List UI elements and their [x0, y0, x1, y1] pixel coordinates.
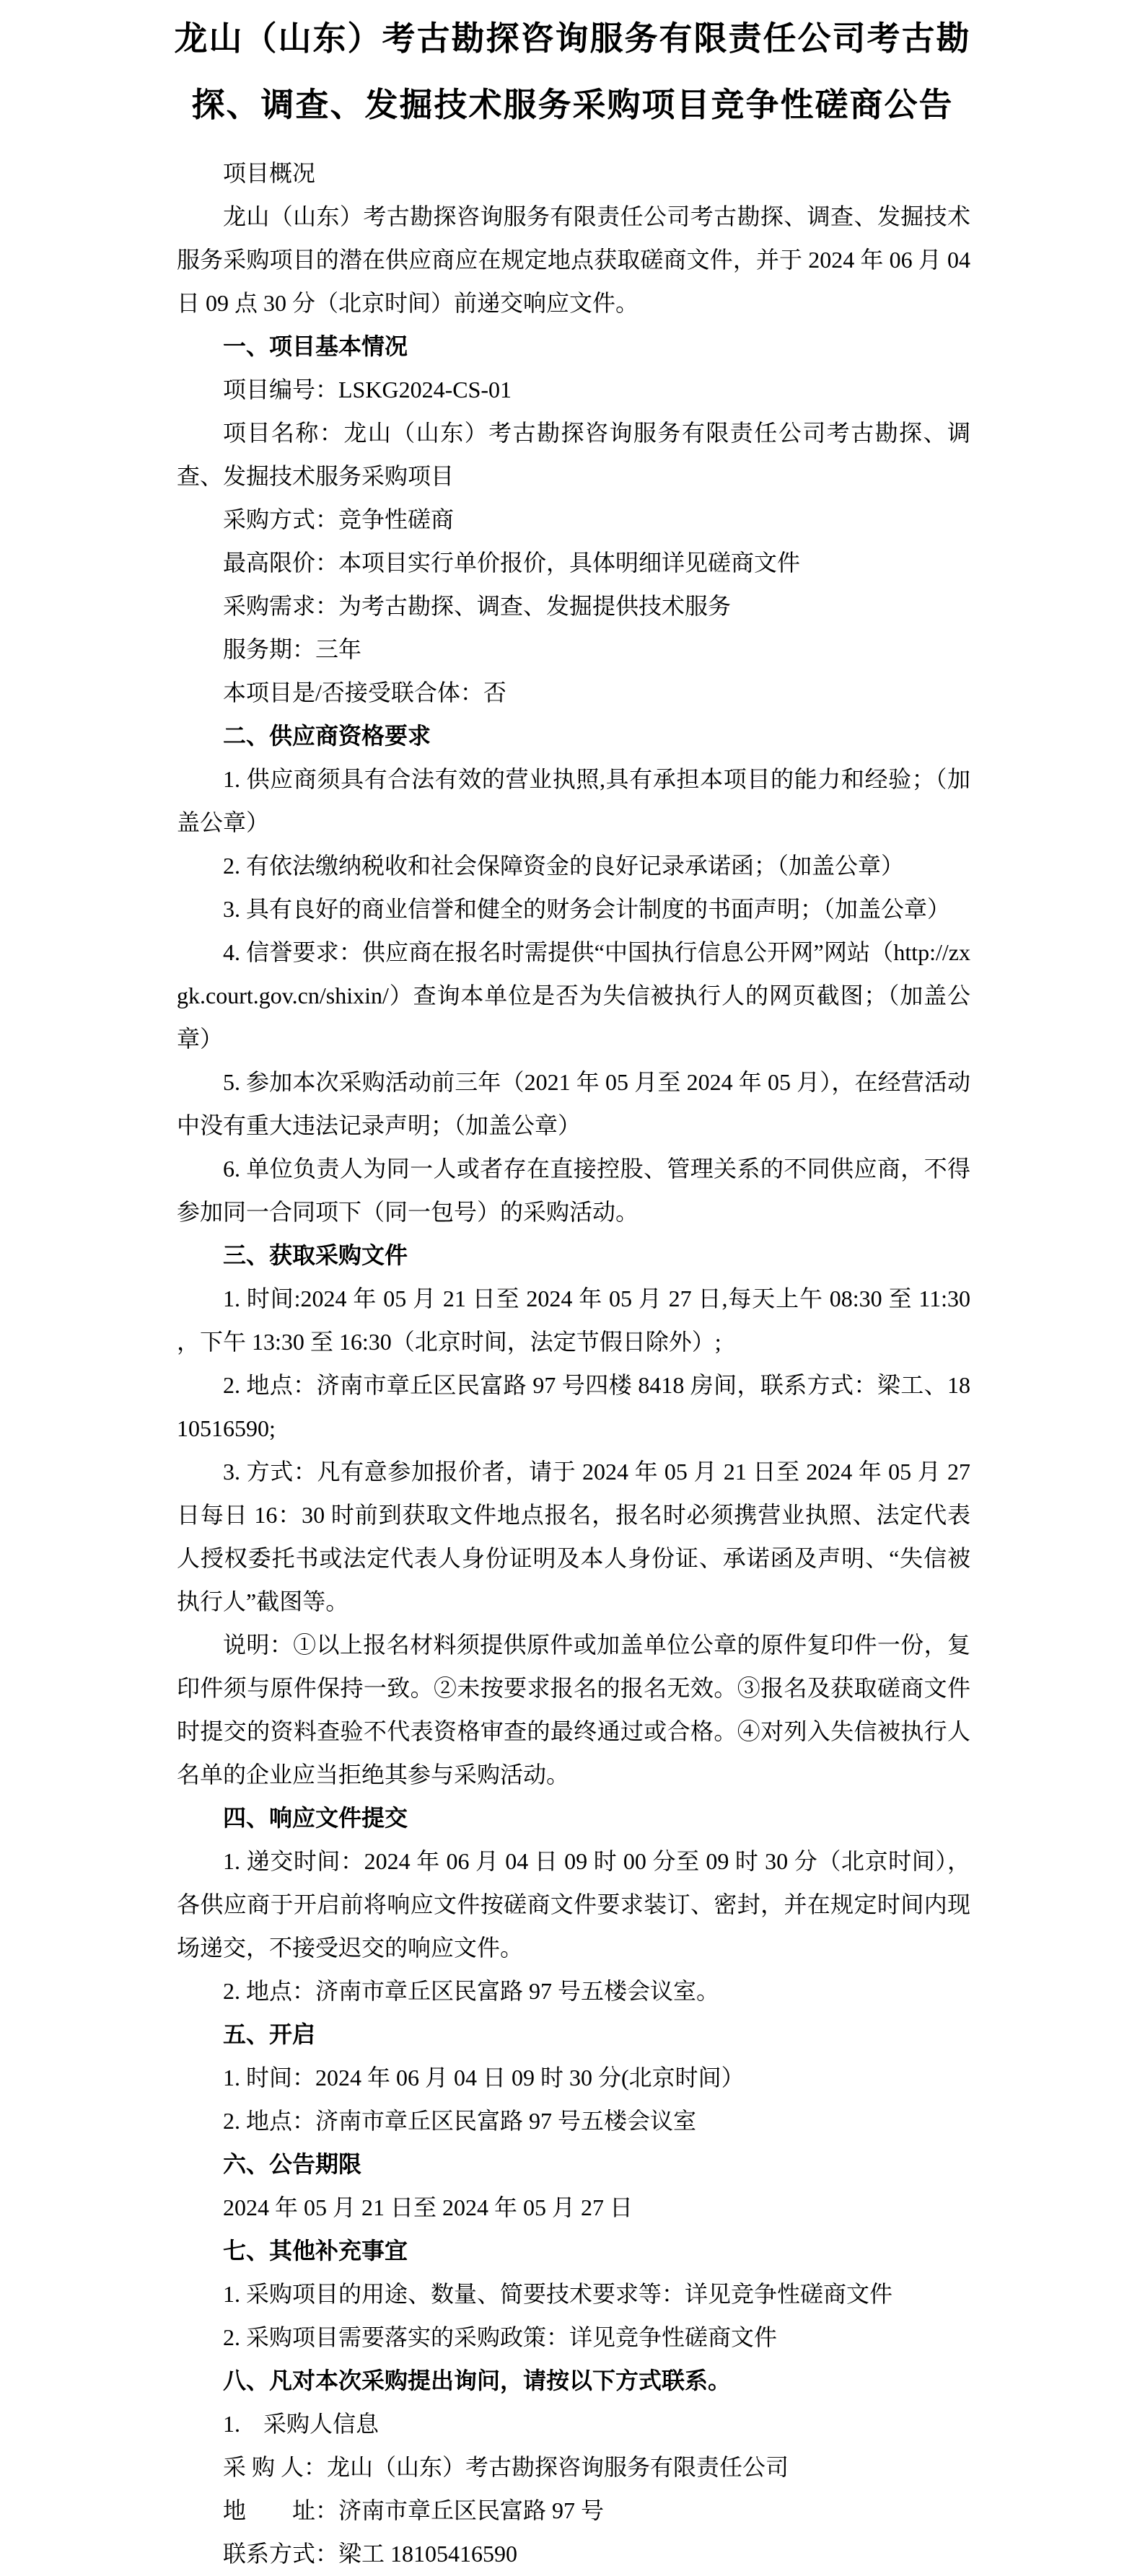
- paragraph: 1. 采购项目的用途、数量、简要技术要求等：详见竞争性磋商文件: [177, 2272, 970, 2316]
- paragraph: 最高限价：本项目实行单价报价，具体明细详见磋商文件: [177, 541, 970, 584]
- paragraph: 采 购 人：龙山（山东）考古勘探咨询服务有限责任公司: [177, 2445, 970, 2489]
- paragraph: 2. 地点：济南市章丘区民富路 97 号四楼 8418 房间，联系方式：梁工、1…: [177, 1363, 970, 1450]
- section-heading: 三、获取采购文件: [177, 1234, 970, 1277]
- paragraph: 地 址：济南市章丘区民富路 97 号: [177, 2489, 970, 2532]
- paragraph: 2024 年 05 月 21 日至 2024 年 05 月 27 日: [177, 2186, 970, 2229]
- section-heading: 二、供应商资格要求: [177, 714, 970, 757]
- document-title-line-2: 探、调查、发掘技术服务采购项目竞争性磋商公告: [0, 72, 1145, 139]
- paragraph: 5. 参加本次采购活动前三年（2021 年 05 月至 2024 年 05 月）…: [177, 1060, 970, 1147]
- paragraph: 项目概况: [177, 151, 970, 195]
- paragraph: 1. 供应商须具有合法有效的营业执照,具有承担本项目的能力和经验；（加盖公章）: [177, 757, 970, 844]
- paragraph: 1. 递交时间：2024 年 06 月 04 日 09 时 00 分至 09 时…: [177, 1839, 970, 1969]
- paragraph: 2. 采购项目需要落实的采购政策：详见竞争性磋商文件: [177, 2316, 970, 2359]
- section-heading: 八、凡对本次采购提出询问，请按以下方式联系。: [177, 2359, 970, 2402]
- paragraph: 3. 方式：凡有意参加报价者，请于 2024 年 05 月 21 日至 2024…: [177, 1450, 970, 1623]
- section-heading: 四、响应文件提交: [177, 1796, 970, 1839]
- paragraph: 2. 地点：济南市章丘区民富路 97 号五楼会议室。: [177, 1969, 970, 2013]
- document-body: 项目概况龙山（山东）考古勘探咨询服务有限责任公司考古勘探、调查、发掘技术服务采购…: [177, 151, 970, 2575]
- paragraph: 项目名称：龙山（山东）考古勘探咨询服务有限责任公司考古勘探、调查、发掘技术服务采…: [177, 411, 970, 498]
- paragraph: 4. 信誉要求：供应商在报名时需提供“中国执行信息公开网”网站（http://z…: [177, 931, 970, 1060]
- paragraph: 1. 时间:2024 年 05 月 21 日至 2024 年 05 月 27 日…: [177, 1277, 970, 1363]
- document-title: 龙山（山东）考古勘探咨询服务有限责任公司考古勘 探、调查、发掘技术服务采购项目竞…: [0, 0, 1145, 139]
- paragraph: 6. 单位负责人为同一人或者存在直接控股、管理关系的不同供应商，不得参加同一合同…: [177, 1147, 970, 1234]
- paragraph: 采购需求：为考古勘探、调查、发掘提供技术服务: [177, 584, 970, 628]
- paragraph: 本项目是/否接受联合体：否: [177, 671, 970, 714]
- document-page: 龙山（山东）考古勘探咨询服务有限责任公司考古勘 探、调查、发掘技术服务采购项目竞…: [0, 0, 1145, 2576]
- paragraph: 2. 有依法缴纳税收和社会保障资金的良好记录承诺函；（加盖公章）: [177, 844, 970, 887]
- paragraph: 1. 采购人信息: [177, 2402, 970, 2445]
- document-title-line-1: 龙山（山东）考古勘探咨询服务有限责任公司考古勘: [0, 6, 1145, 72]
- paragraph: 龙山（山东）考古勘探咨询服务有限责任公司考古勘探、调查、发掘技术服务采购项目的潜…: [177, 195, 970, 325]
- paragraph: 1. 时间：2024 年 06 月 04 日 09 时 30 分(北京时间）: [177, 2056, 970, 2099]
- paragraph: 3. 具有良好的商业信誉和健全的财务会计制度的书面声明；（加盖公章）: [177, 887, 970, 931]
- section-heading: 五、开启: [177, 2013, 970, 2056]
- section-heading: 一、项目基本情况: [177, 325, 970, 368]
- paragraph: 服务期：三年: [177, 628, 970, 671]
- paragraph: 说明：①以上报名材料须提供原件或加盖单位公章的原件复印件一份，复印件须与原件保持…: [177, 1623, 970, 1796]
- paragraph: 采购方式：竞争性磋商: [177, 498, 970, 541]
- paragraph: 项目编号：LSKG2024-CS-01: [177, 368, 970, 411]
- section-heading: 七、其他补充事宜: [177, 2229, 970, 2272]
- section-heading: 六、公告期限: [177, 2142, 970, 2186]
- paragraph: 2. 地点：济南市章丘区民富路 97 号五楼会议室: [177, 2099, 970, 2142]
- paragraph: 联系方式：梁工 18105416590: [177, 2532, 970, 2575]
